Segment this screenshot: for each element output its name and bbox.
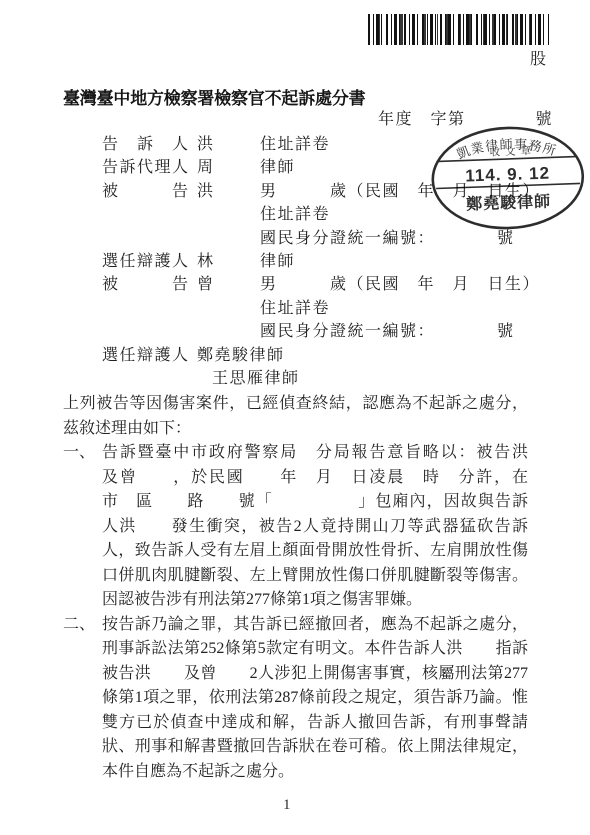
- party-detail: 住址詳卷: [260, 136, 330, 153]
- party-name: 洪: [197, 133, 260, 156]
- body-line: 口併肌肉肌腱斷裂、左上臂開放性傷口併肌腱斷裂等傷害。: [102, 564, 528, 589]
- body-line: 條第1項之罪，依刑法第287條前段之規定，須告訴乃論。惟: [102, 686, 528, 711]
- paragraph-marker: 一、: [63, 441, 102, 466]
- document-title: 臺灣臺中地方檢察署檢察官不起訴處分書: [63, 84, 365, 109]
- party-detail: 住址詳卷: [260, 206, 330, 223]
- law-firm-receipt-stamp: 凱業律師事務所 收文章 114. 9. 12 鄭堯駿律師: [426, 121, 590, 247]
- body-paragraphs: 上列被告等因傷害案件，已經偵查終結，認應為不起訴之處分，茲敘述理由如下：一、告訴…: [63, 392, 528, 784]
- party-role-label: 選任辯護人: [102, 250, 197, 273]
- stamp-lawyer-name: 鄭堯駿律師: [466, 192, 552, 214]
- party-detail: 住址詳卷: [260, 300, 330, 317]
- party-role-label: 選任辯護人: [102, 344, 197, 367]
- body-line: 被告洪 及曾 2人涉犯上開傷害事實，核屬刑法第277: [102, 662, 528, 687]
- stamp-date: 114. 9. 12: [465, 164, 550, 186]
- party-name: 洪: [197, 180, 260, 203]
- party-detail: 男 歲（民國 年 月 日生）: [260, 276, 540, 293]
- party-row: 國民身分證統一編號： 號: [102, 320, 540, 343]
- body-line: 人洪 發生衝突，被告2人竟持開山刀等武器猛砍告訴: [102, 515, 528, 540]
- party-row: 選任辯護人林律師: [102, 250, 540, 273]
- party-detail: 律師: [260, 159, 295, 176]
- party-row: 被 告曾男 歲（民國 年 月 日生）: [102, 273, 540, 296]
- body-line: 狀、刑事和解書暨撤回告訴狀在卷可稽。依上開法律規定，: [102, 735, 528, 760]
- party-row: 住址詳卷: [102, 297, 540, 320]
- paragraph: 一、告訴暨臺中市政府警察局 分局報告意旨略以：被告洪及曾 ，於民國 年 月 日凌…: [63, 441, 528, 613]
- party-role-label: 告 訴 人: [102, 133, 197, 156]
- body-line: 茲敘述理由如下：: [63, 417, 528, 442]
- party-role-label: 被 告: [102, 273, 197, 296]
- paragraph-marker: 二、: [63, 613, 102, 638]
- party-role-label: 被 告: [102, 180, 197, 203]
- body-line: 上列被告等因傷害案件，已經偵查終結，認應為不起訴之處分，: [63, 392, 528, 417]
- party-detail: 國民身分證統一編號： 號: [260, 323, 515, 340]
- paragraph: 上列被告等因傷害案件，已經偵查終結，認應為不起訴之處分，茲敘述理由如下：: [63, 392, 528, 441]
- barcode: [368, 14, 549, 45]
- party-detail: 律師: [260, 253, 295, 270]
- body-line: 及曾 ，於民國 年 月 日凌晨 時 分許，在: [102, 466, 528, 491]
- party-row: 王思雁律師: [102, 367, 540, 390]
- body-line: 因認被告涉有刑法第277條第1項之傷害罪嫌。: [102, 588, 528, 613]
- body-line: 本件自應為不起訴之處分。: [102, 760, 528, 785]
- prosecution-disposition-document: 股 臺灣臺中地方檢察署檢察官不起訴處分書 年度 字第 號 告 訴 人洪住址詳卷告…: [0, 0, 590, 835]
- body-line: 告訴暨臺中市政府警察局 分局報告意旨略以：被告洪: [102, 441, 528, 466]
- page-number: 1: [283, 797, 291, 814]
- party-name: 鄭堯駿律師: [197, 344, 260, 367]
- party-name: 林: [197, 250, 260, 273]
- body-line: 刑事訴訟法第252條第5款定有明文。本件告訴人洪 指訴: [102, 637, 528, 662]
- party-role-label: 告訴代理人: [102, 156, 197, 179]
- body-line: 按告訴乃論之罪，其告訴已經撤回者，應為不起訴之處分，: [102, 613, 528, 638]
- assignment-unit-label: 股: [530, 46, 546, 69]
- party-row: 選任辯護人鄭堯駿律師: [102, 344, 540, 367]
- body-line: 雙方已於偵查中達成和解，告訴人撤回告訴，有刑事聲請: [102, 711, 528, 736]
- party-name: 曾: [197, 273, 260, 296]
- stamp-divider-bottom: [436, 183, 580, 188]
- body-line: 市 區 路 號「 」包廂內，因故與告訴: [102, 490, 528, 515]
- body-line: 人，致告訴人受有左眉上顏面骨開放性骨折、左肩開放性傷: [102, 539, 528, 564]
- party-name: 周: [197, 156, 260, 179]
- party-name: 王思雁律師: [197, 367, 275, 390]
- paragraph: 二、按告訴乃論之罪，其告訴已經撤回者，應為不起訴之處分，刑事訴訟法第252條第5…: [63, 613, 528, 785]
